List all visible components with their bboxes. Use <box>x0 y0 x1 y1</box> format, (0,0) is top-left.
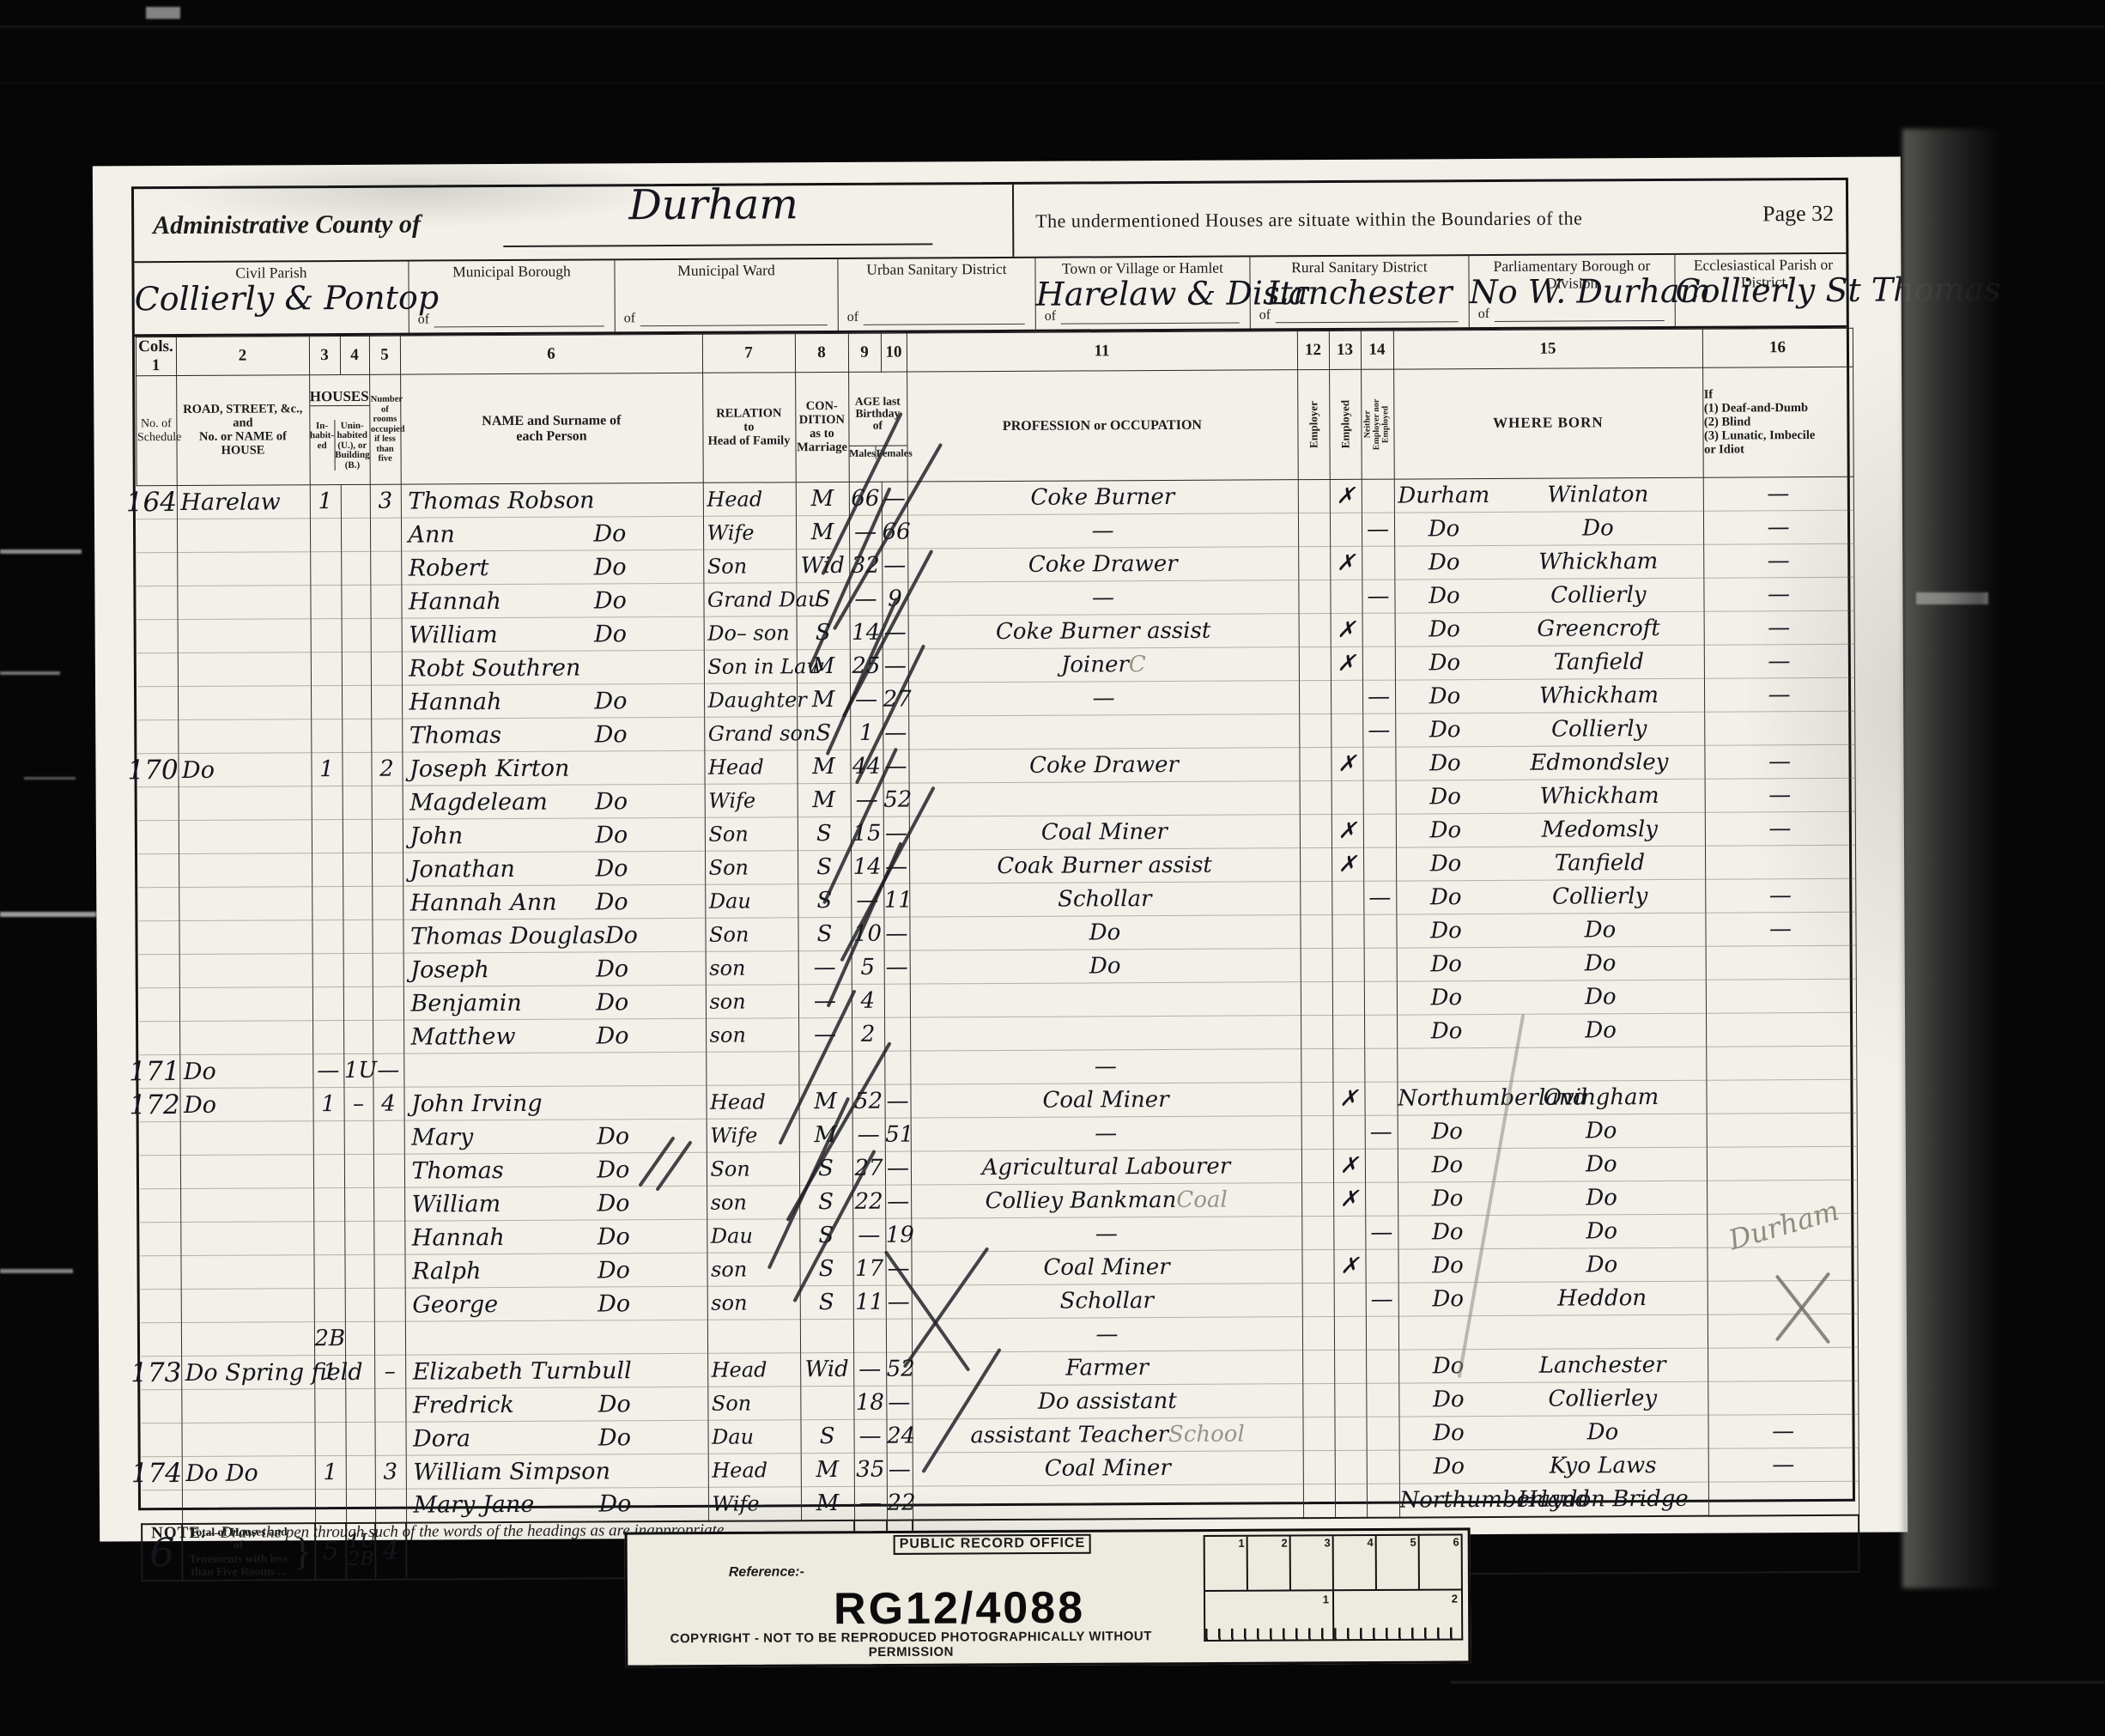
cell-inh <box>313 1188 344 1222</box>
cell-e13 <box>1334 1384 1366 1417</box>
cell-condition: Wid <box>800 1353 853 1387</box>
cell-e13 <box>1330 580 1362 614</box>
film-streak <box>146 7 180 19</box>
cell-occupation: — <box>912 1317 1302 1352</box>
born-place: Do <box>1498 1419 1708 1446</box>
cell-e14 <box>1362 479 1394 513</box>
cell-rooms <box>374 1321 405 1355</box>
cell-name: Joseph Kirton <box>402 751 704 786</box>
cell-infirm <box>1707 1247 1857 1282</box>
born-county: Do <box>1395 583 1494 610</box>
cell-age_m: 18 <box>853 1386 886 1419</box>
ruler-top-row: 123456 <box>1204 1533 1463 1592</box>
cell-road <box>177 519 310 553</box>
born-county: Do <box>1399 1387 1498 1413</box>
born-county: Do <box>1397 951 1495 978</box>
cell-e14 <box>1366 1383 1398 1417</box>
cell-e12 <box>1301 949 1332 982</box>
cell-road: Harelaw <box>177 485 310 519</box>
header-infirmity: If (1) Deaf-and-Dumb (2) Blind (3) Lunat… <box>1702 367 1853 477</box>
born-place: Whickham <box>1494 549 1703 575</box>
header-age: AGE last Birthday of Males Females <box>848 372 907 483</box>
born-county: Do <box>1397 918 1495 944</box>
cell-inh <box>314 1289 345 1322</box>
cell-inh <box>310 552 341 586</box>
born-place: Do <box>1496 1185 1706 1211</box>
cell-age_f: 51 <box>885 1118 911 1151</box>
cell-e12 <box>1299 748 1331 781</box>
film-streak <box>0 549 82 554</box>
cell-born: DoWhickham <box>1395 678 1704 713</box>
cell-e14 <box>1364 948 1397 981</box>
ruler-number: 1 <box>1238 1537 1244 1550</box>
cell-occupation <box>909 781 1300 816</box>
boundaries-heading: The undermentioned Houses are situate wi… <box>1035 206 1791 233</box>
colnum-9: 9 <box>848 333 881 372</box>
cell-age_m: — <box>852 1218 885 1252</box>
header-relation: RELATION to Head of Family <box>702 373 796 483</box>
cell-infirm <box>1708 1281 1858 1315</box>
born-county: Do <box>1394 516 1493 543</box>
header-females: Females <box>877 446 913 459</box>
cell-age_m: — <box>854 1486 887 1520</box>
cell-uninh <box>345 1423 374 1456</box>
district-civil-parish: Civil ParishCollierly & Pontop <box>134 262 409 335</box>
ditto-surname: Do <box>598 1391 631 1417</box>
cell-infirm: — <box>1704 645 1854 679</box>
born-place: Do <box>1493 515 1702 542</box>
cell-e12 <box>1299 714 1331 748</box>
district-value: Collierly St Thomas <box>1675 271 1851 310</box>
cell-infirm <box>1708 1314 1858 1349</box>
cell-road: Do Do <box>182 1456 315 1490</box>
cell-age_f: — <box>885 1185 911 1218</box>
cell-e14 <box>1363 814 1396 847</box>
cell-e12 <box>1300 882 1332 915</box>
cell-born: DoEdmondsley <box>1395 745 1704 780</box>
occupation-text: — <box>1092 586 1114 611</box>
cell-e13 <box>1335 1451 1367 1484</box>
cell-relation: son <box>706 951 798 986</box>
ditto-surname: Do <box>596 1023 628 1049</box>
pro-office-label: PUBLIC RECORD OFFICE <box>894 1534 1092 1555</box>
born-place: Tanfield <box>1495 850 1704 877</box>
ditto-surname: Do <box>596 889 628 915</box>
header-road: ROAD, STREET, &c., and No. or NAME of HO… <box>176 375 310 486</box>
cell-inh: 2B <box>314 1322 345 1356</box>
cell-rooms <box>375 1489 406 1522</box>
cell-born: DoDo <box>1397 980 1706 1015</box>
district-municipal-borough: Municipal Boroughof <box>409 260 615 332</box>
cell-inh <box>312 1021 343 1054</box>
district-parliamentary-borough-or: Parliamentary Borough or DivisionNo W. D… <box>1469 255 1675 327</box>
cell-e13 <box>1331 681 1362 714</box>
cell-born: DurhamWinlaton <box>1394 477 1703 513</box>
cell-name: MagdeleamDo <box>403 785 705 820</box>
cell-occupation: Farmer <box>912 1351 1302 1386</box>
cell-age_f <box>884 984 910 1017</box>
born-county: Do <box>1399 1454 1498 1480</box>
cell-occupation: — <box>910 1049 1301 1084</box>
cell-name: DoraDo <box>405 1421 707 1456</box>
cell-name: Hannah AnnDo <box>403 885 705 920</box>
cell-name: HannahDo <box>404 1220 707 1255</box>
header-employed-text: Employed <box>1339 400 1351 448</box>
cell-born: DoDo <box>1397 946 1706 981</box>
cell-condition: M <box>798 1085 852 1119</box>
cell-e13: ✗ <box>1331 647 1362 681</box>
cell-e13 <box>1334 1417 1366 1451</box>
cell-age_m: 14 <box>851 850 883 883</box>
cell-age_m: — <box>849 582 882 616</box>
cell-road <box>178 686 311 720</box>
cell-e13: ✗ <box>1330 480 1362 513</box>
ruler-inch-cell: 4 <box>1334 1536 1377 1589</box>
footnote-label: NOTE. <box>151 1524 206 1542</box>
ruler-number: 2 <box>1281 1537 1287 1550</box>
cell-born: DoDo <box>1397 1013 1706 1048</box>
cell-uninh <box>342 653 371 686</box>
cell-name: JonathanDo <box>403 852 705 887</box>
ruler-number: 4 <box>1367 1536 1373 1549</box>
header-schedule: No. of Schedule <box>136 376 177 486</box>
cell-inh <box>312 887 343 920</box>
occupation-text: Do assistant <box>1038 1388 1177 1415</box>
born-county: Do <box>1398 1018 1496 1045</box>
cell-age_m: — <box>849 515 882 549</box>
colnum-8: 8 <box>795 333 848 372</box>
cell-born <box>1398 1314 1708 1350</box>
cell-rooms: 4 <box>373 1087 403 1120</box>
ditto-surname: Do <box>595 788 628 815</box>
cell-relation: Head <box>706 1085 798 1120</box>
occupation-text: — <box>1095 1121 1117 1147</box>
born-county: Durham <box>1394 483 1493 509</box>
cell-e14 <box>1363 914 1396 948</box>
cell-rooms <box>372 786 403 819</box>
cell-infirm: — <box>1705 879 1855 914</box>
born-county: Do <box>1399 1420 1498 1447</box>
cell-uninh <box>341 485 370 519</box>
born-place: Lanchester <box>1497 1352 1707 1379</box>
cell-age_f: — <box>884 950 910 984</box>
cell-age_m: — <box>853 1352 886 1386</box>
given-name: Hannah <box>409 588 501 616</box>
cell-inh <box>313 1155 344 1188</box>
cell-infirm: — <box>1703 511 1853 545</box>
cell-e12 <box>1298 580 1330 614</box>
cell-occupation <box>908 714 1299 750</box>
cell-occupation: Agricultural Labourer <box>911 1150 1301 1185</box>
district-label: Urban Sanitary District <box>838 258 1034 279</box>
cell-occupation: Coke Drawer <box>908 748 1299 783</box>
cell-infirm <box>1704 712 1854 746</box>
cell-uninh: – <box>343 1088 373 1121</box>
cell-occupation: — <box>908 681 1299 716</box>
cell-born: DoWhickham <box>1396 779 1705 814</box>
cell-rooms <box>372 819 403 853</box>
cell-inh <box>313 1255 344 1289</box>
cell-occupation: Colliey BankmanCoal <box>911 1183 1301 1218</box>
cell-relation: Dau <box>707 1219 799 1253</box>
born-place: Winlaton <box>1493 482 1702 508</box>
cell-age_f: 52 <box>886 1352 912 1386</box>
born-county: Do <box>1398 1152 1496 1179</box>
cell-e12 <box>1300 848 1332 882</box>
cell-e12 <box>1301 1016 1332 1049</box>
ditto-surname: Do <box>598 1223 630 1250</box>
cell-uninh <box>343 987 373 1021</box>
cell-e13: ✗ <box>1332 815 1363 848</box>
district-town-or-village-or-hamlet: Town or Village or HamletHarelaw & Distr… <box>1035 257 1250 329</box>
given-name: Hannah <box>409 689 502 716</box>
header-houses-split: In- habit- ed Unin- habited (U.), or Bui… <box>310 419 369 470</box>
ditto-surname: Do <box>594 587 627 614</box>
cell-age_f: — <box>883 649 908 683</box>
cell-inh <box>314 1389 345 1423</box>
cell-age_f: 22 <box>887 1486 913 1520</box>
cell-e13 <box>1332 982 1364 1016</box>
cell-age_f: — <box>885 1252 911 1285</box>
born-place: Edmondsley <box>1495 750 1704 776</box>
district-fields: Civil ParishCollierly & PontopMunicipal … <box>134 254 1846 337</box>
occupation-text: Agricultural Labourer <box>982 1154 1231 1181</box>
cell-rooms: — <box>373 1053 403 1087</box>
header-males: Males <box>849 446 877 459</box>
cell-e12 <box>1300 781 1332 815</box>
cell-inh <box>311 653 342 686</box>
cell-name: Elizabeth Turnbull <box>405 1354 707 1389</box>
header-employer: Employer <box>1297 369 1330 479</box>
district-value: No W. Durham <box>1469 272 1674 311</box>
district-rural-sanitary-district: Rural Sanitary DistrictLanchesterof <box>1250 256 1469 328</box>
cell-uninh <box>344 1155 373 1188</box>
cell-age_m: 66 <box>849 482 882 515</box>
born-place: Greencroft <box>1494 616 1703 642</box>
census-table: Cols. 1 2 3 4 5 6 7 8 9 10 11 12 13 14 <box>135 328 1860 1581</box>
ditto-surname: Do <box>605 922 638 949</box>
header-age-group: AGE last Birthday of <box>849 395 907 432</box>
cell-name: AnnDo <box>401 517 703 552</box>
cell-relation: Son in Law <box>704 650 797 684</box>
occupation-pencil-note: School <box>1168 1422 1245 1448</box>
cell-age_f: — <box>883 816 909 850</box>
header-neither-text: Neither Employer nor Employed <box>1364 398 1392 450</box>
cell-rooms <box>372 886 403 920</box>
cell-age_f: 11 <box>883 883 909 917</box>
district-value: Lanchester <box>1250 273 1468 312</box>
cell-age_m: 25 <box>850 649 883 683</box>
born-county: Do <box>1396 784 1495 810</box>
cell-infirm: — <box>1704 678 1854 713</box>
ruler-bottom-row: 12 <box>1204 1590 1463 1642</box>
cell-schedule <box>139 1022 179 1055</box>
cell-e14 <box>1364 981 1397 1015</box>
cell-age_m: 17 <box>852 1252 885 1285</box>
occupation-text: Schollar <box>1060 1288 1154 1314</box>
cell-infirm <box>1706 946 1856 980</box>
occupation-text: Do <box>1089 954 1121 980</box>
cell-e12 <box>1302 1351 1334 1384</box>
colnum-14: 14 <box>1361 331 1393 369</box>
cell-age_m: — <box>853 1419 886 1453</box>
cell-condition: M <box>796 516 849 549</box>
cell-uninh <box>341 552 370 586</box>
ditto-surname: Do <box>597 1190 629 1217</box>
cell-rooms: 2 <box>371 752 402 786</box>
cell-inh <box>311 686 342 719</box>
cell-age_m: 10 <box>851 917 883 950</box>
cell-e12 <box>1301 1250 1333 1284</box>
cell-e12 <box>1301 982 1332 1016</box>
cell-road <box>181 1289 314 1323</box>
born-place: Heddon <box>1497 1285 1707 1312</box>
cell-born: DoCollierly <box>1394 578 1703 613</box>
born-place: Collierley <box>1498 1386 1708 1412</box>
ruler-inch-cell: 3 <box>1291 1536 1334 1589</box>
cell-occupation: Coke Burner assist <box>908 614 1299 649</box>
cell-relation: Wife <box>703 516 796 550</box>
born-county: Do <box>1397 851 1495 877</box>
cell-occupation: — <box>907 580 1298 616</box>
given-name: Magdeleam <box>409 788 548 816</box>
cell-rooms <box>371 652 402 685</box>
cell-condition: — <box>798 1018 852 1052</box>
cell-born: DoDo <box>1398 1415 1708 1450</box>
cell-name: Robt Southren <box>402 651 704 686</box>
born-county: Do <box>1396 750 1495 777</box>
ruler-number: 5 <box>1410 1536 1416 1549</box>
occupation-text: Coke Drawer <box>1029 752 1179 779</box>
cell-age_f <box>884 1017 910 1051</box>
cell-name: JosephDo <box>403 952 706 987</box>
cell-schedule: 174 <box>142 1457 182 1490</box>
cell-age_f: 52 <box>883 783 909 816</box>
cell-infirm <box>1708 1348 1858 1382</box>
cell-e12 <box>1302 1317 1334 1351</box>
cell-e14 <box>1363 847 1396 881</box>
cell-relation: son <box>706 1018 798 1053</box>
given-name: Mary <box>411 1124 473 1150</box>
cell-condition: — <box>798 985 852 1018</box>
cell-uninh <box>343 920 372 954</box>
born-county: Do <box>1398 1286 1497 1313</box>
district-blank <box>1684 320 1841 321</box>
cell-inh: — <box>312 1054 343 1088</box>
cell-e14 <box>1364 1048 1397 1082</box>
cell-relation: Grand Dau <box>703 583 796 617</box>
born-county: Do <box>1396 817 1495 844</box>
occupation-text: assistant Teacher <box>970 1422 1168 1448</box>
ruler-inch-cell: 1 <box>1205 1537 1248 1590</box>
given-name: Fredrick <box>413 1392 514 1419</box>
cell-e12 <box>1302 1417 1334 1451</box>
cell-e13 <box>1334 1284 1366 1317</box>
cell-rooms: 3 <box>370 484 401 518</box>
cell-e13 <box>1333 1217 1365 1250</box>
cell-relation: Head <box>708 1454 801 1488</box>
born-county: Do <box>1398 1186 1497 1212</box>
cell-condition: S <box>799 1219 852 1253</box>
cell-infirm <box>1707 1114 1857 1148</box>
cell-e13 <box>1333 1116 1365 1150</box>
cell-infirm: — <box>1708 1448 1859 1483</box>
cell-rooms <box>374 1422 405 1455</box>
header-neither: Neither Employer nor Employed <box>1361 369 1394 479</box>
cell-born: NorthumberlandOvingham <box>1397 1080 1706 1115</box>
column-headers-row: No. of Schedule ROAD, STREET, &c., and N… <box>136 367 1853 486</box>
header-rooms: Number of rooms occupied if less than fi… <box>369 374 401 484</box>
cell-age_m <box>853 1319 886 1352</box>
cell-infirm <box>1706 1047 1856 1081</box>
cell-inh: 1 <box>310 485 341 519</box>
cell-schedule <box>138 854 179 888</box>
district-value: Harelaw & Distr <box>1036 274 1250 313</box>
cell-age_f <box>884 1051 910 1084</box>
header-houses: HOUSES In- habit- ed Unin- habited (U.),… <box>309 374 370 485</box>
film-streak <box>1451 1681 2105 1684</box>
born-county: Do <box>1395 616 1494 643</box>
cell-uninh <box>344 1255 373 1289</box>
cell-infirm: — <box>1703 578 1853 612</box>
cell-schedule <box>140 1122 180 1156</box>
cell-born: DoDo <box>1394 511 1703 546</box>
cell-relation: son <box>706 985 798 1019</box>
cell-name: MatthewDo <box>403 1019 706 1054</box>
cell-age_m: 2 <box>852 1017 884 1051</box>
district-municipal-ward: Municipal Wardof <box>615 259 838 331</box>
cell-condition: S <box>798 851 851 884</box>
cell-e12 <box>1301 1183 1333 1217</box>
born-county: Do <box>1395 650 1494 677</box>
cell-uninh <box>346 1456 375 1490</box>
header-condition: CON- DITION as to Marriage <box>795 372 849 483</box>
given-name: Benjamin <box>410 990 521 1017</box>
header-born: WHERE BORN <box>1393 367 1703 479</box>
cell-schedule: 171 <box>139 1055 179 1089</box>
cell-uninh <box>343 887 372 920</box>
given-name: William <box>409 622 498 649</box>
cell-occupation: Schollar <box>912 1284 1302 1319</box>
cell-condition <box>800 1387 853 1420</box>
colnum-15: 15 <box>1393 329 1702 369</box>
cell-condition: — <box>798 951 852 985</box>
cell-age_m: 22 <box>852 1185 885 1218</box>
cell-age_f: — <box>883 750 908 783</box>
header-band: Administrative County of Durham The unde… <box>134 180 1846 263</box>
cell-age_f: — <box>882 482 907 515</box>
occupation-text: Farmer <box>1065 1355 1149 1381</box>
colnum-1: Cols. 1 <box>136 337 176 376</box>
cell-schedule <box>138 787 179 821</box>
ditto-surname: Do <box>594 621 627 647</box>
cell-inh <box>312 786 343 820</box>
cell-e12 <box>1300 815 1332 848</box>
cell-uninh <box>344 1121 373 1155</box>
cell-e14 <box>1362 546 1394 580</box>
cell-infirm <box>1708 1482 1859 1516</box>
colnum-5: 5 <box>369 336 400 374</box>
cell-infirm <box>1708 1381 1858 1416</box>
born-place: Collierly <box>1495 883 1705 910</box>
cell-inh <box>310 519 341 552</box>
cell-name <box>405 1320 707 1356</box>
cell-name: Mary JaneDo <box>406 1488 708 1523</box>
cell-born: DoTanfield <box>1395 645 1704 680</box>
cell-e12 <box>1301 1150 1333 1183</box>
film-edge-right <box>1902 129 2002 1588</box>
cell-relation: Do– son <box>704 616 797 651</box>
